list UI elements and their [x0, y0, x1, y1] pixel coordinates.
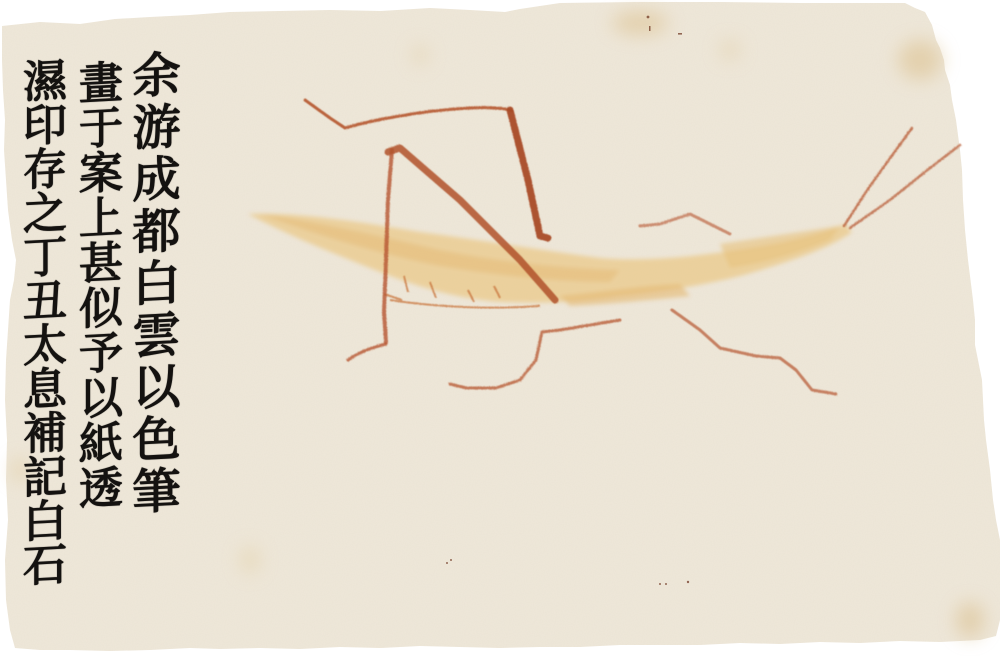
- inscription-column-3: 濕印存之丁丑太息補記白石: [13, 57, 67, 652]
- artwork: 余游成都白雲以色筆 畫于案上甚似予以紙透 濕印存之丁丑太息補記白石: [0, 0, 1000, 656]
- inscription-column-2: 畫于案上甚似予以紙透: [69, 59, 123, 652]
- calligraphy-inscription: 余游成都白雲以色筆 畫于案上甚似予以紙透 濕印存之丁丑太息補記白石: [4, 50, 179, 650]
- inscription-column-1: 余游成都白雲以色筆: [125, 49, 179, 652]
